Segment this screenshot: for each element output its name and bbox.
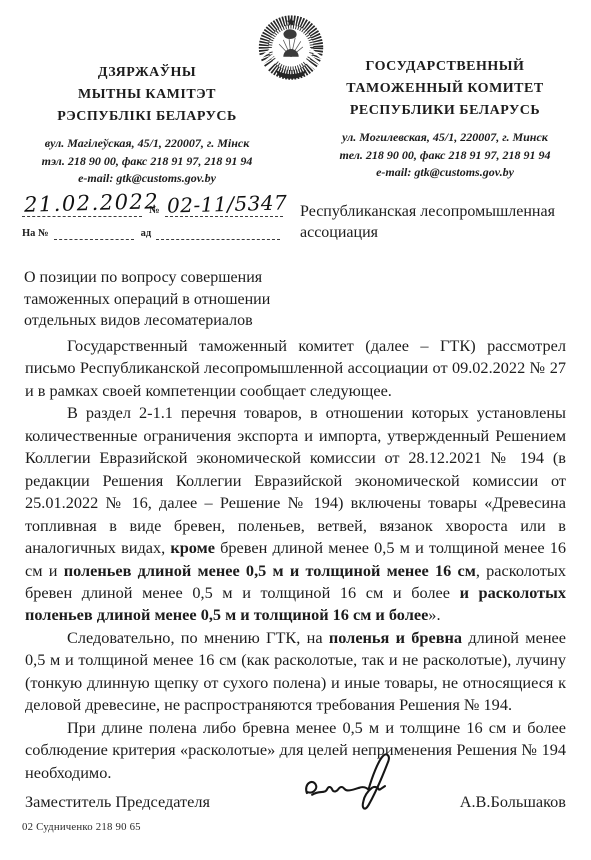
address-line: тел. 218 90 00, факс 218 91 97, 218 91 9… — [318, 147, 572, 165]
handwritten-date: 21.02.2022 — [24, 191, 160, 216]
signature-row: Заместитель Председателя А.В.Большаков — [25, 792, 566, 812]
subject-block: О позиции по вопросу совершения таможенн… — [24, 267, 314, 332]
body-paragraphs: Государственный таможенный комитет (дале… — [25, 335, 566, 784]
letterhead-right-address: ул. Могилевская, 45/1, 220007, г. Минск … — [318, 129, 572, 182]
addressee-block: Республиканская лесопромышленная ассоциа… — [300, 201, 578, 243]
letterhead-right-title: ГОСУДАРСТВЕННЫЙ ТАМОЖЕННЫЙ КОМИТЕТ РЕСПУ… — [318, 56, 572, 122]
signer-position: Заместитель Председателя — [25, 792, 210, 812]
subject-line: таможенных операций в отношении — [24, 289, 314, 311]
addressee-line: ассоциация — [300, 222, 578, 243]
letterhead-left-address: вул. Магілеўская, 45/1, 220007, г. Мінск… — [20, 135, 274, 188]
subject-line: отдельных видов лесоматериалов — [24, 310, 314, 332]
letterhead-left-title-line: ДЗЯРЖАЎНЫ — [20, 62, 274, 84]
subject-line: О позиции по вопросу совершения — [24, 267, 314, 289]
body-paragraph: В раздел 2-1.1 перечня товаров, в отноше… — [25, 402, 566, 627]
letterhead-left-title-line: МЫТНЫ КАМІТЭТ — [20, 84, 274, 106]
letterhead-left: ДЗЯРЖАЎНЫ МЫТНЫ КАМІТЭТ РЭСПУБЛІКІ БЕЛАР… — [20, 62, 274, 188]
incoming-date-label: ад — [134, 228, 157, 240]
addressee-line: Республиканская лесопромышленная — [300, 201, 578, 222]
address-line: ул. Могилевская, 45/1, 220007, г. Минск — [318, 129, 572, 147]
incoming-reference-row: На № ад — [22, 220, 298, 240]
body-paragraph: Следовательно, по мнению ГТК, на поленья… — [25, 627, 566, 717]
letterhead-right-title-line: ТАМОЖЕННЫЙ КОМИТЕТ — [318, 78, 572, 100]
address-line: тэл. 218 90 00, факс 218 91 97, 218 91 9… — [20, 153, 274, 171]
incoming-number-label: На № — [22, 228, 54, 240]
letterhead-right: ГОСУДАРСТВЕННЫЙ ТАМОЖЕННЫЙ КОМИТЕТ РЕСПУ… — [318, 56, 572, 182]
letterhead-right-title-line: ГОСУДАРСТВЕННЫЙ — [318, 56, 572, 78]
signer-name: А.В.Большаков — [460, 792, 566, 812]
date-field: 21.02.2022 — [22, 186, 142, 217]
letterhead-left-title: ДЗЯРЖАЎНЫ МЫТНЫ КАМІТЭТ РЭСПУБЛІКІ БЕЛАР… — [20, 62, 274, 128]
letterhead-right-title-line: РЕСПУБЛИКИ БЕЛАРУСЬ — [318, 100, 572, 122]
date-number-row: 21.02.2022 № 02-11/5347 — [22, 184, 298, 217]
letter-page: ДЗЯРЖАЎНЫ МЫТНЫ КАМІТЭТ РЭСПУБЛІКІ БЕЛАР… — [0, 0, 591, 860]
body-paragraph: Государственный таможенный комитет (дале… — [25, 335, 566, 402]
incoming-number-field — [54, 225, 134, 240]
handwritten-number: 02-11/5347 — [166, 192, 287, 215]
number-field: 02-11/5347 — [165, 186, 283, 217]
email-line: e-mail: gtk@customs.gov.by — [318, 164, 572, 182]
address-line: вул. Магілеўская, 45/1, 220007, г. Мінск — [20, 135, 274, 153]
reference-block: 21.02.2022 № 02-11/5347 На № ад — [22, 184, 298, 240]
letterhead-left-title-line: РЭСПУБЛІКІ БЕЛАРУСЬ — [20, 106, 274, 128]
incoming-date-field — [156, 225, 280, 240]
executor-line: 02 Судниченко 218 90 65 — [22, 821, 141, 833]
handwritten-signature — [282, 748, 422, 826]
